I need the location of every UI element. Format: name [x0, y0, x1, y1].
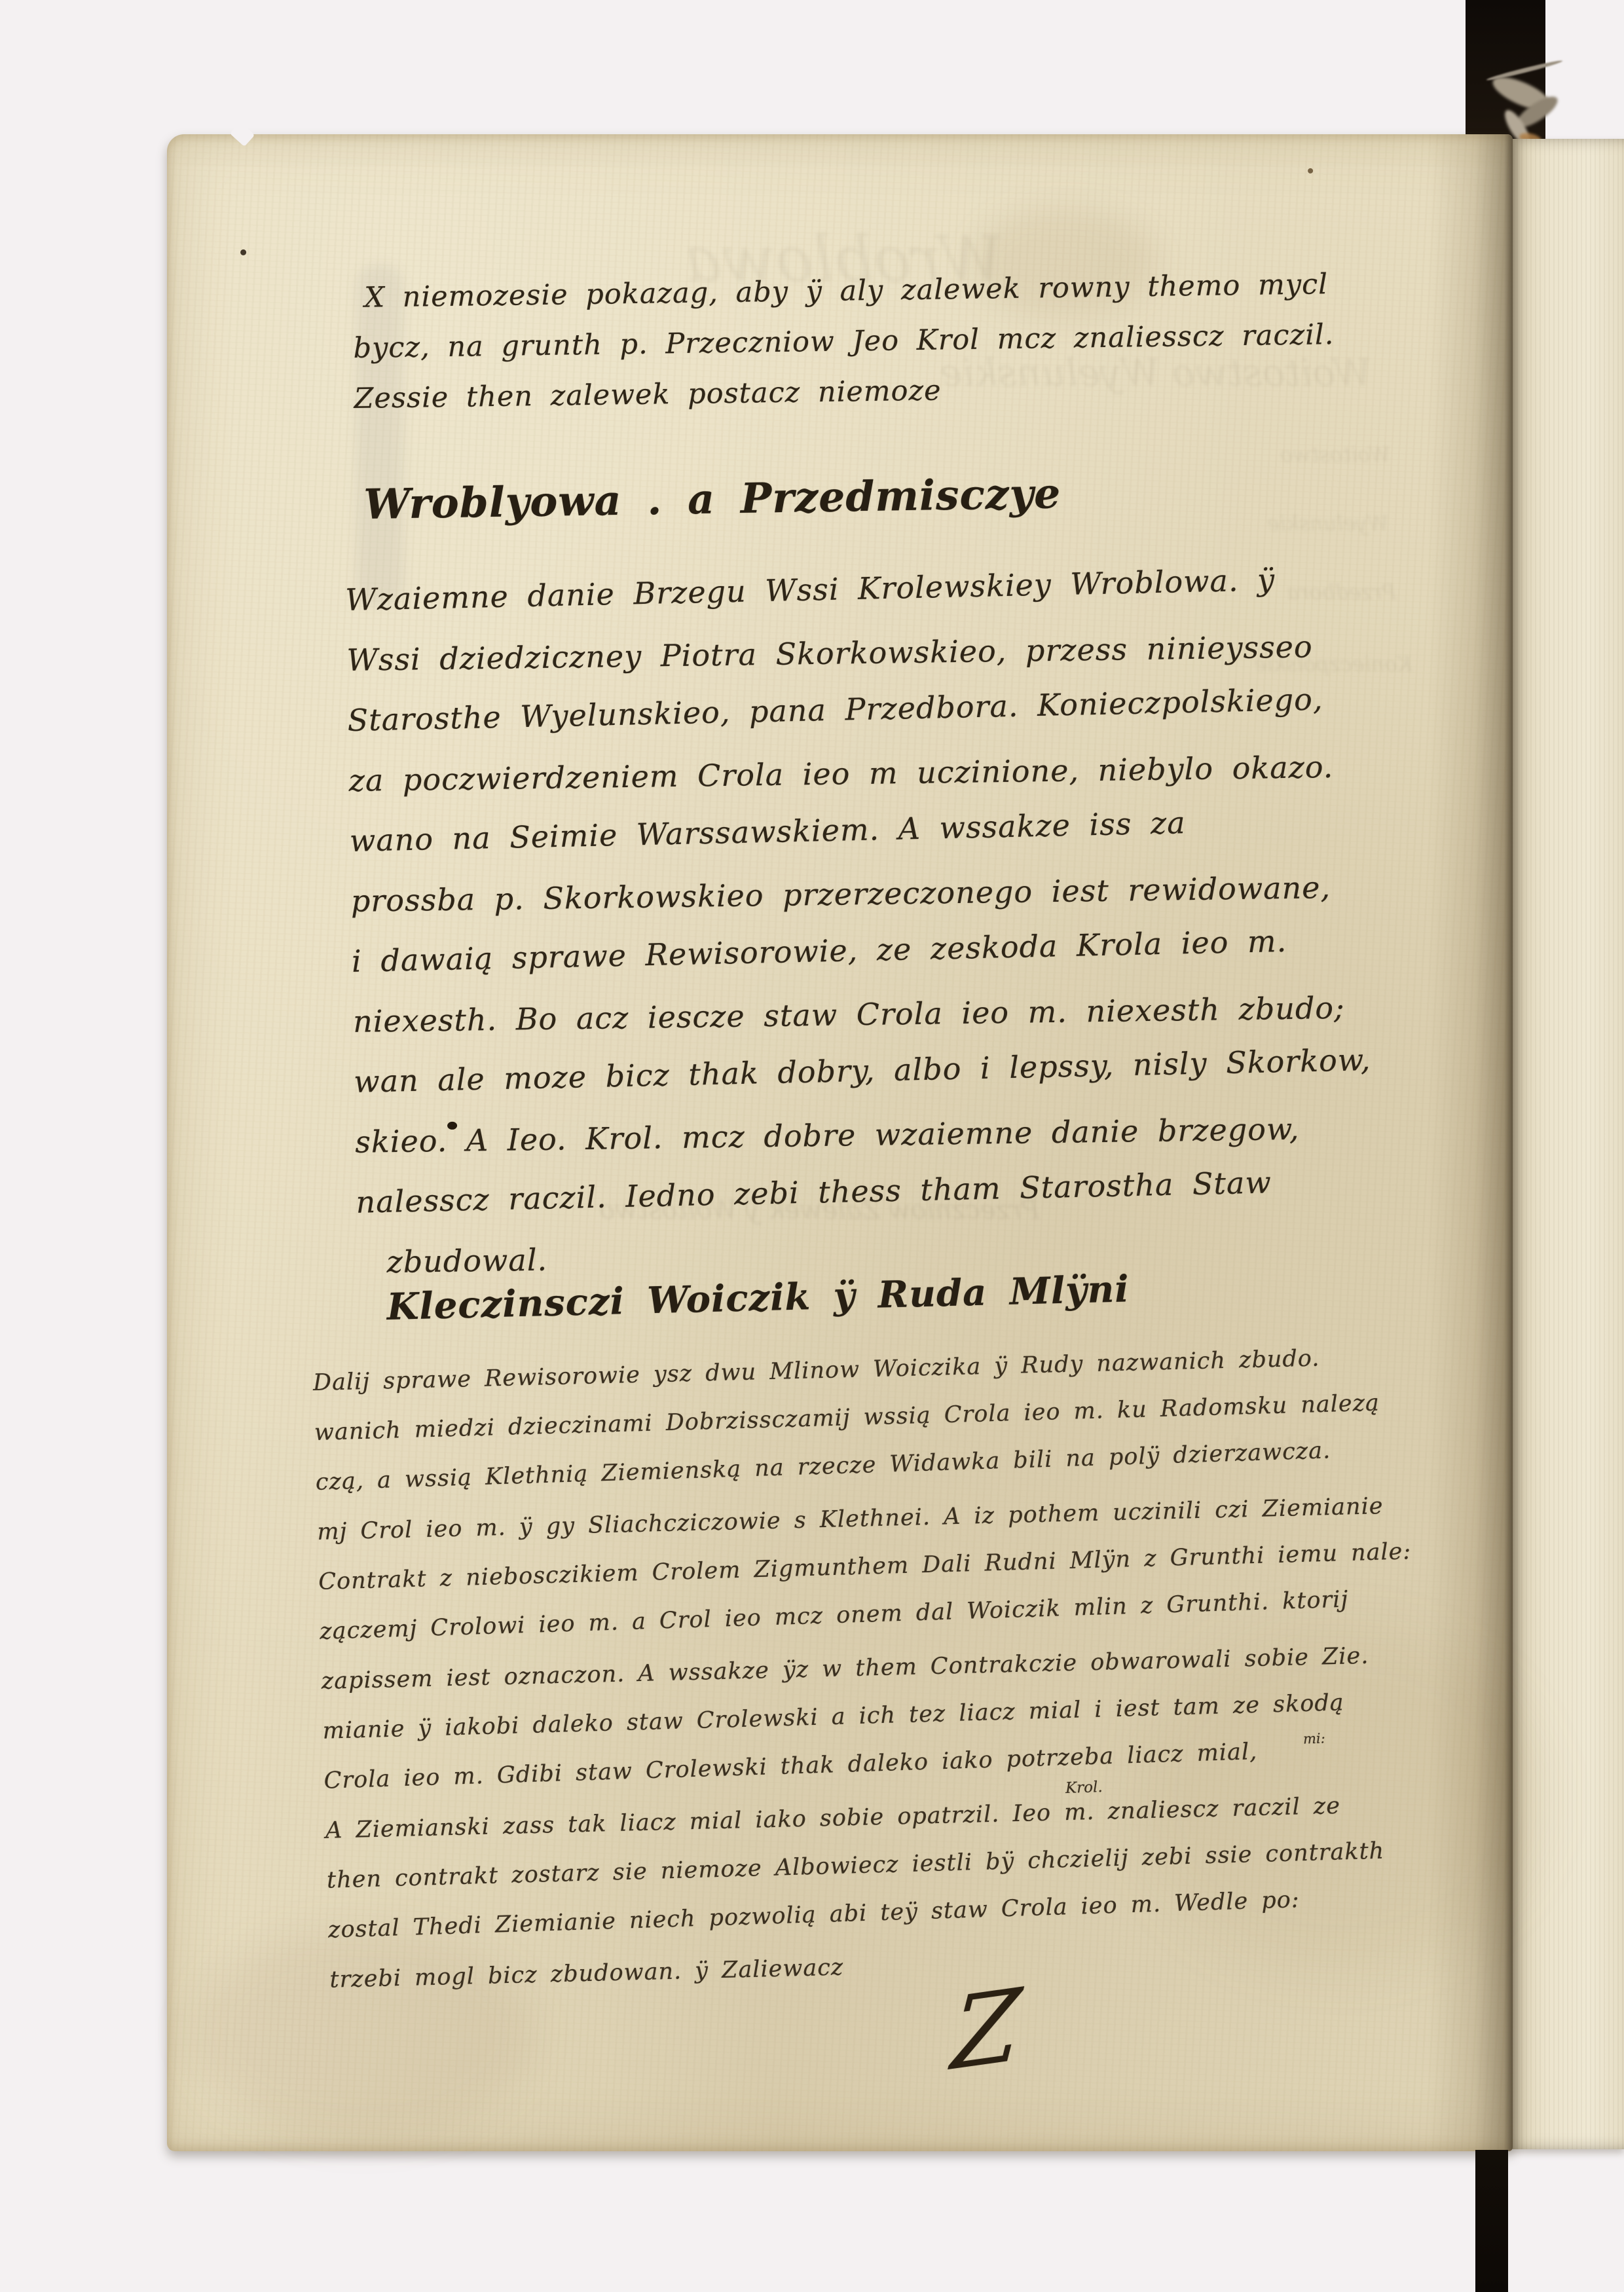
- gutter-shadow: [1428, 134, 1513, 2151]
- showthrough-text: Woitostwo: [1280, 442, 1390, 467]
- showthrough-text: Wyelunskie: [1267, 511, 1389, 536]
- intro-paragraph: X niemozesie pokazag, aby ÿ aly zalewek …: [352, 263, 1335, 428]
- section-kleczinsczi-paragraph: Dalij sprawe Rewisorowie ysz dwu Mlinow …: [312, 1332, 1423, 2009]
- scanner-background: Wroblowa Woitostwo Wyelunskie Woitostwo …: [0, 0, 1624, 2292]
- interlinear-superscript: mi:: [1303, 1730, 1326, 1747]
- section-heading-wroblyowa: Wroblyowa . a Przedmisczye: [363, 469, 1061, 528]
- binding-cloth-strip-bottom: [1475, 2150, 1508, 2292]
- scribal-flourish-mark: Z: [949, 1975, 1024, 2084]
- thread-strand: [1486, 59, 1563, 83]
- ink-blot: [1308, 168, 1313, 174]
- paper-edge-notch: [230, 122, 255, 147]
- section-wroblyowa-paragraph: Wzaiemne danie Brzegu Wssi Krolewskiey W…: [345, 557, 1375, 1297]
- facing-page-edge: [1507, 139, 1624, 2149]
- ink-blot: [240, 250, 246, 255]
- interlinear-superscript: Krol.: [1065, 1779, 1103, 1797]
- manuscript-page: Wroblowa Woitostwo Wyelunskie Woitostwo …: [167, 134, 1513, 2151]
